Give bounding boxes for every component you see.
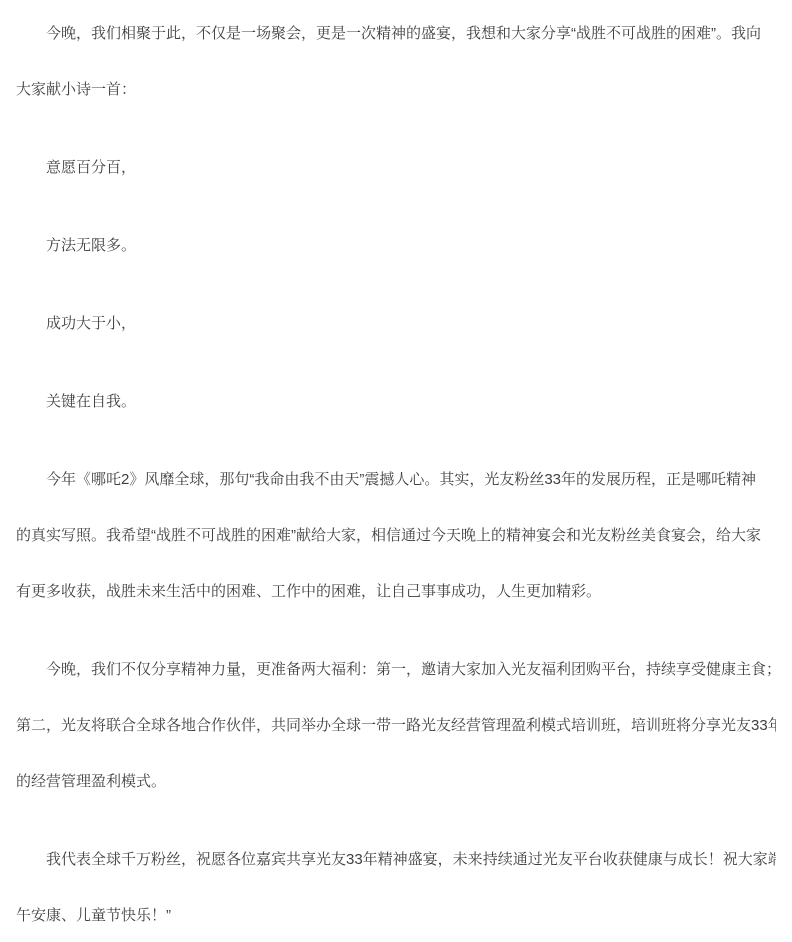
paragraph-closing-wishes: 我代表全球千万粉丝，祝愿各位嘉宾共享光友33年精神盛宴，未来持续通过光友平台收获… [16, 832, 776, 942]
text-line: 午安康、儿童节快乐！” [16, 888, 776, 942]
paragraph-poem-line-2: 方法无限多。 [16, 218, 776, 274]
text-line: 关键在自我。 [16, 374, 776, 430]
text-line: 的经营管理盈利模式。 [16, 754, 776, 810]
text-line: 今晚，我们不仅分享精神力量，更准备两大福利：第一，邀请大家加入光友福利团购平台，… [16, 642, 776, 698]
text-line: 意愿百分百， [16, 140, 776, 196]
text-line: 第二，光友将联合全球各地合作伙伴，共同举办全球一带一路光友经营管理盈利模式培训班… [16, 698, 776, 754]
article-page: 今晚，我们相聚于此，不仅是一场聚会，更是一次精神的盛宴，我想和大家分享“战胜不可… [0, 0, 792, 942]
text-line: 的真实写照。我希望“战胜不可战胜的困难”献给大家，相信通过今天晚上的精神宴会和光… [16, 508, 776, 564]
paragraph-poem-line-4: 关键在自我。 [16, 374, 776, 430]
text-line: 有更多收获，战胜未来生活中的困难、工作中的困难，让自己事事成功，人生更加精彩。 [16, 564, 776, 620]
text-line: 方法无限多。 [16, 218, 776, 274]
paragraph-nezha-spirit: 今年《哪吒2》风靡全球，那句“我命由我不由天”震撼人心。其实，光友粉丝33年的发… [16, 452, 776, 620]
paragraph-poem-line-3: 成功大于小， [16, 296, 776, 352]
text-line: 大家献小诗一首： [16, 62, 776, 118]
text-line: 今晚，我们相聚于此，不仅是一场聚会，更是一次精神的盛宴，我想和大家分享“战胜不可… [16, 6, 776, 62]
text-line: 成功大于小， [16, 296, 776, 352]
paragraph-two-benefits: 今晚，我们不仅分享精神力量，更准备两大福利：第一，邀请大家加入光友福利团购平台，… [16, 642, 776, 810]
text-line: 今年《哪吒2》风靡全球，那句“我命由我不由天”震撼人心。其实，光友粉丝33年的发… [16, 452, 776, 508]
paragraph-intro: 今晚，我们相聚于此，不仅是一场聚会，更是一次精神的盛宴，我想和大家分享“战胜不可… [16, 6, 776, 118]
paragraph-poem-line-1: 意愿百分百， [16, 140, 776, 196]
text-line: 我代表全球千万粉丝，祝愿各位嘉宾共享光友33年精神盛宴，未来持续通过光友平台收获… [16, 832, 776, 888]
